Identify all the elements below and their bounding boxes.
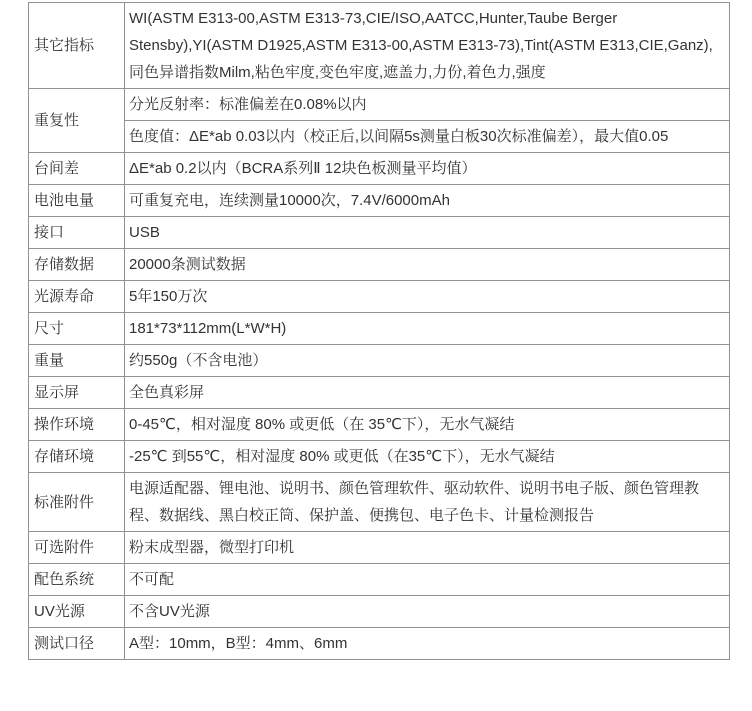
spec-label: 尺寸 (29, 313, 125, 345)
spec-value: 181*73*112mm(L*W*H) (125, 313, 730, 345)
spec-row: 存储环境-25℃ 到55℃，相对湿度 80% 或更低（在35℃下），无水气凝结 (29, 441, 730, 473)
spec-value: 色度值：ΔE*ab 0.03以内（校正后,以间隔5s测量白板30次标准偏差），最… (125, 121, 730, 153)
spec-label: 操作环境 (29, 409, 125, 441)
spec-label: 显示屏 (29, 377, 125, 409)
spec-row: 重复性分光反射率：标准偏差在0.08%以内 (29, 89, 730, 121)
spec-row: UV光源不含UV光源 (29, 596, 730, 628)
spec-label: 光源寿命 (29, 281, 125, 313)
spec-row: 色度值：ΔE*ab 0.03以内（校正后,以间隔5s测量白板30次标准偏差），最… (29, 121, 730, 153)
spec-value: WI(ASTM E313-00,ASTM E313-73,CIE/ISO,AAT… (125, 3, 730, 89)
spec-label: 存储数据 (29, 249, 125, 281)
spec-label: 接口 (29, 217, 125, 249)
spec-label: 存储环境 (29, 441, 125, 473)
spec-row: 尺寸181*73*112mm(L*W*H) (29, 313, 730, 345)
spec-row: 接口USB (29, 217, 730, 249)
spec-value: 不可配 (125, 564, 730, 596)
spec-row: 重量约550g（不含电池） (29, 345, 730, 377)
spec-value: 约550g（不含电池） (125, 345, 730, 377)
spec-row: 可选附件粉末成型器，微型打印机 (29, 532, 730, 564)
spec-row: 配色系统不可配 (29, 564, 730, 596)
spec-table-container: 其它指标WI(ASTM E313-00,ASTM E313-73,CIE/ISO… (28, 2, 730, 660)
spec-label: 标准附件 (29, 473, 125, 532)
spec-value: -25℃ 到55℃，相对湿度 80% 或更低（在35℃下），无水气凝结 (125, 441, 730, 473)
spec-value: 不含UV光源 (125, 596, 730, 628)
spec-row: 显示屏全色真彩屏 (29, 377, 730, 409)
spec-value: 电源适配器、锂电池、说明书、颜色管理软件、驱动软件、说明书电子版、颜色管理教程、… (125, 473, 730, 532)
spec-row: 光源寿命5年150万次 (29, 281, 730, 313)
spec-row: 标准附件电源适配器、锂电池、说明书、颜色管理软件、驱动软件、说明书电子版、颜色管… (29, 473, 730, 532)
spec-label: 重量 (29, 345, 125, 377)
spec-value: ΔE*ab 0.2以内（BCRA系列Ⅱ 12块色板测量平均值） (125, 153, 730, 185)
spec-label: 测试口径 (29, 628, 125, 660)
spec-value: 0-45℃，相对湿度 80% 或更低（在 35℃下），无水气凝结 (125, 409, 730, 441)
spec-value: 粉末成型器，微型打印机 (125, 532, 730, 564)
spec-label: 台间差 (29, 153, 125, 185)
spec-label: 其它指标 (29, 3, 125, 89)
spec-value: 5年150万次 (125, 281, 730, 313)
spec-label: UV光源 (29, 596, 125, 628)
spec-table: 其它指标WI(ASTM E313-00,ASTM E313-73,CIE/ISO… (28, 2, 730, 660)
spec-label: 重复性 (29, 89, 125, 153)
spec-row: 台间差ΔE*ab 0.2以内（BCRA系列Ⅱ 12块色板测量平均值） (29, 153, 730, 185)
spec-value: 分光反射率：标准偏差在0.08%以内 (125, 89, 730, 121)
spec-label: 可选附件 (29, 532, 125, 564)
spec-row: 操作环境0-45℃，相对湿度 80% 或更低（在 35℃下），无水气凝结 (29, 409, 730, 441)
spec-value: USB (125, 217, 730, 249)
spec-value: A型：10mm，B型：4mm、6mm (125, 628, 730, 660)
spec-row: 存储数据20000条测试数据 (29, 249, 730, 281)
spec-row: 测试口径A型：10mm，B型：4mm、6mm (29, 628, 730, 660)
spec-value: 20000条测试数据 (125, 249, 730, 281)
spec-value: 全色真彩屏 (125, 377, 730, 409)
spec-row: 其它指标WI(ASTM E313-00,ASTM E313-73,CIE/ISO… (29, 3, 730, 89)
page: 其它指标WI(ASTM E313-00,ASTM E313-73,CIE/ISO… (0, 0, 752, 711)
spec-label: 电池电量 (29, 185, 125, 217)
spec-value: 可重复充电，连续测量10000次，7.4V/6000mAh (125, 185, 730, 217)
spec-row: 电池电量可重复充电，连续测量10000次，7.4V/6000mAh (29, 185, 730, 217)
spec-label: 配色系统 (29, 564, 125, 596)
